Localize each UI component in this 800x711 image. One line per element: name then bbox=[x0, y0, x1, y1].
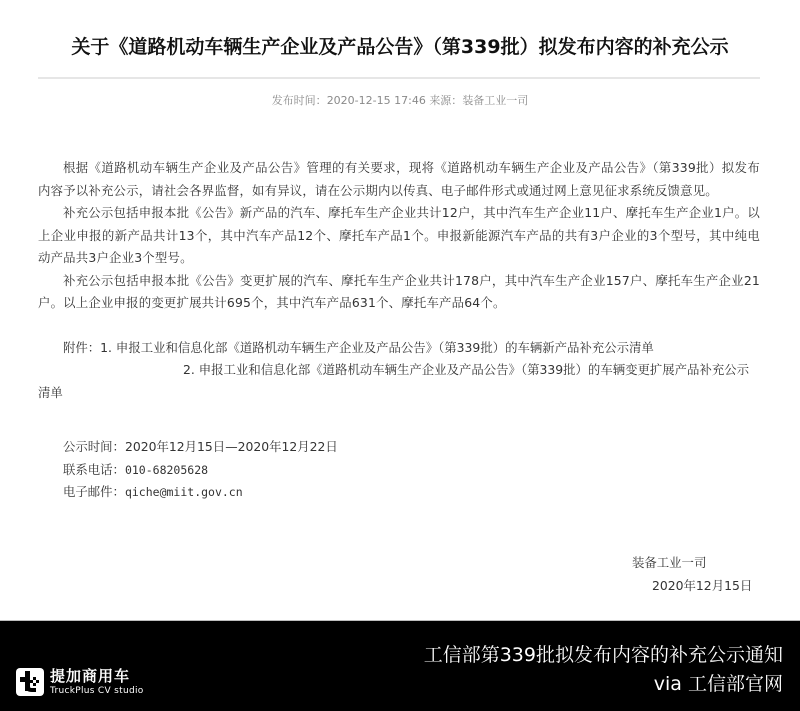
title-divider bbox=[38, 77, 760, 79]
banner-caption: 工信部第339批拟发布内容的补充公示通知 via 工信部官网 bbox=[424, 641, 783, 699]
attachment-link[interactable]: 1. 申报工业和信息化部《道路机动车辆生产企业及产品公告》（第339批）的车辆新… bbox=[100, 340, 654, 355]
publish-time-label: 发布时间： bbox=[272, 94, 327, 107]
phone-value: 010-68205628 bbox=[125, 463, 208, 477]
attachments-label: 附件： bbox=[63, 340, 100, 355]
publish-time: 2020-12-15 17:46 bbox=[327, 94, 426, 107]
phone-label: 联系电话： bbox=[63, 462, 125, 477]
source-label: 来源： bbox=[429, 94, 462, 107]
paragraph: 根据《道路机动车辆生产企业及产品公告》管理的有关要求，现将《道路机动车辆生产企业… bbox=[38, 157, 760, 202]
article-meta: 发布时间：2020-12-15 17:46 来源：装备工业一司 bbox=[0, 92, 800, 108]
article-page: 关于《道路机动车辆生产企业及产品公告》（第339批）拟发布内容的补充公示 发布时… bbox=[0, 0, 800, 620]
caption-headline: 工信部第339批拟发布内容的补充公示通知 bbox=[424, 641, 783, 670]
truckplus-logo: 提加商用车 TruckPlus CV studio bbox=[16, 668, 144, 696]
source: 装备工业一司 bbox=[462, 94, 528, 107]
period-label: 公示时间： bbox=[63, 439, 125, 454]
logo-english-name: TruckPlus CV studio bbox=[50, 687, 144, 696]
paragraph: 补充公示包括申报本批《公告》新产品的汽车、摩托车生产企业共计12户，其中汽车生产… bbox=[38, 202, 760, 270]
footer-banner: 提加商用车 TruckPlus CV studio 工信部第339批拟发布内容的… bbox=[0, 620, 800, 711]
phone-row: 联系电话：010-68205628 bbox=[63, 459, 338, 482]
email-row: 电子邮件：qiche@miit.gov.cn bbox=[63, 481, 338, 504]
logo-chinese-name: 提加商用车 bbox=[50, 669, 144, 684]
paragraph: 补充公示包括申报本批《公告》变更扩展的汽车、摩托车生产企业共计178户，其中汽车… bbox=[38, 270, 760, 315]
period-row: 公示时间：2020年12月15日—2020年12月22日 bbox=[63, 436, 338, 459]
attachment-item[interactable]: 2. 申报工业和信息化部《道路机动车辆生产企业及产品公告》（第339批）的车辆变… bbox=[38, 359, 760, 404]
attachments: 附件：1. 申报工业和信息化部《道路机动车辆生产企业及产品公告》（第339批）的… bbox=[38, 337, 760, 405]
signature: 装备工业一司 2020年12月15日 bbox=[632, 552, 752, 597]
contact-info: 公示时间：2020年12月15日—2020年12月22日 联系电话：010-68… bbox=[63, 436, 338, 504]
article-title: 关于《道路机动车辆生产企业及产品公告》（第339批）拟发布内容的补充公示 bbox=[0, 32, 800, 59]
caption-source: via 工信部官网 bbox=[424, 670, 783, 699]
signature-date: 2020年12月15日 bbox=[632, 575, 752, 598]
attachment-item[interactable]: 附件：1. 申报工业和信息化部《道路机动车辆生产企业及产品公告》（第339批）的… bbox=[38, 337, 760, 360]
email-label: 电子邮件： bbox=[63, 484, 125, 499]
signature-department: 装备工业一司 bbox=[632, 552, 752, 575]
email-link[interactable]: qiche@miit.gov.cn bbox=[125, 485, 243, 499]
truckplus-logo-icon bbox=[16, 668, 44, 696]
article-body: 根据《道路机动车辆生产企业及产品公告》管理的有关要求，现将《道路机动车辆生产企业… bbox=[38, 157, 760, 404]
period-value: 2020年12月15日—2020年12月22日 bbox=[125, 439, 338, 454]
